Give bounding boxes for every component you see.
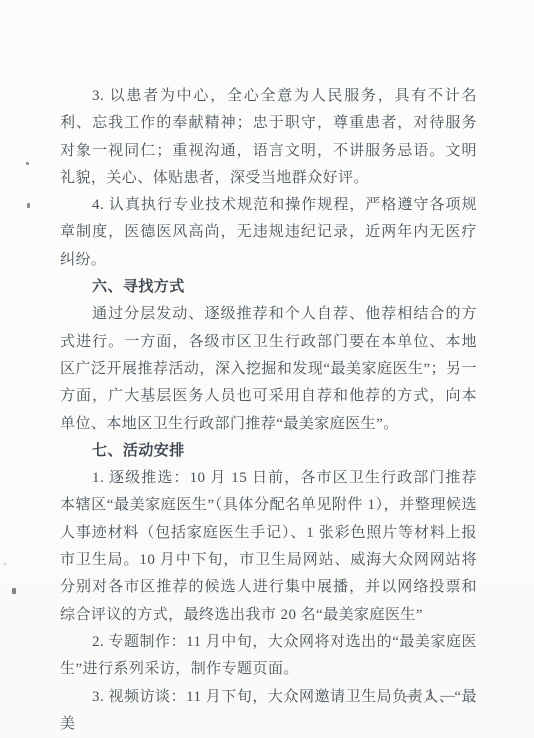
scan-speck — [27, 203, 30, 208]
paragraph-patient-centered: 3. 以患者为中心，全心全意为人民服务，具有不计名利、忘我工作的奉献精神；忠于职… — [60, 83, 477, 192]
section-heading-search-method: 六、寻找方式 — [60, 274, 477, 301]
paragraph-recommendation-method: 通过分层发动、逐级推荐和个人自荐、他荐相结合的方式进行。一方面，各级市区卫生行政… — [60, 301, 477, 437]
paragraph-step-by-step-selection: 1. 逐级推选：10 月 15 日前，各市区卫生行政部门推荐本辖区“最美家庭医生… — [60, 465, 477, 629]
paragraph-professional-standards: 4. 认真执行专业技术规范和操作规程，严格遵守各项规章制度，医德医风高尚，无违规… — [60, 192, 477, 274]
document-body: 3. 以患者为中心，全心全意为人民服务，具有不计名利、忘我工作的奉献精神；忠于职… — [60, 83, 477, 738]
section-heading-activity-schedule: 七、活动安排 — [60, 438, 477, 465]
paragraph-special-topic-production: 2. 专题制作：11 月中旬，大众网将对选出的“最美家庭医生”进行系列采访，制作… — [60, 629, 477, 684]
page-number: — 3 — — [404, 688, 458, 705]
scan-speck — [26, 162, 29, 165]
scan-speck — [12, 588, 16, 594]
scanned-document-page: 3. 以患者为中心，全心全意为人民服务，具有不计名利、忘我工作的奉献精神；忠于职… — [0, 0, 534, 738]
scan-speck — [4, 563, 6, 565]
